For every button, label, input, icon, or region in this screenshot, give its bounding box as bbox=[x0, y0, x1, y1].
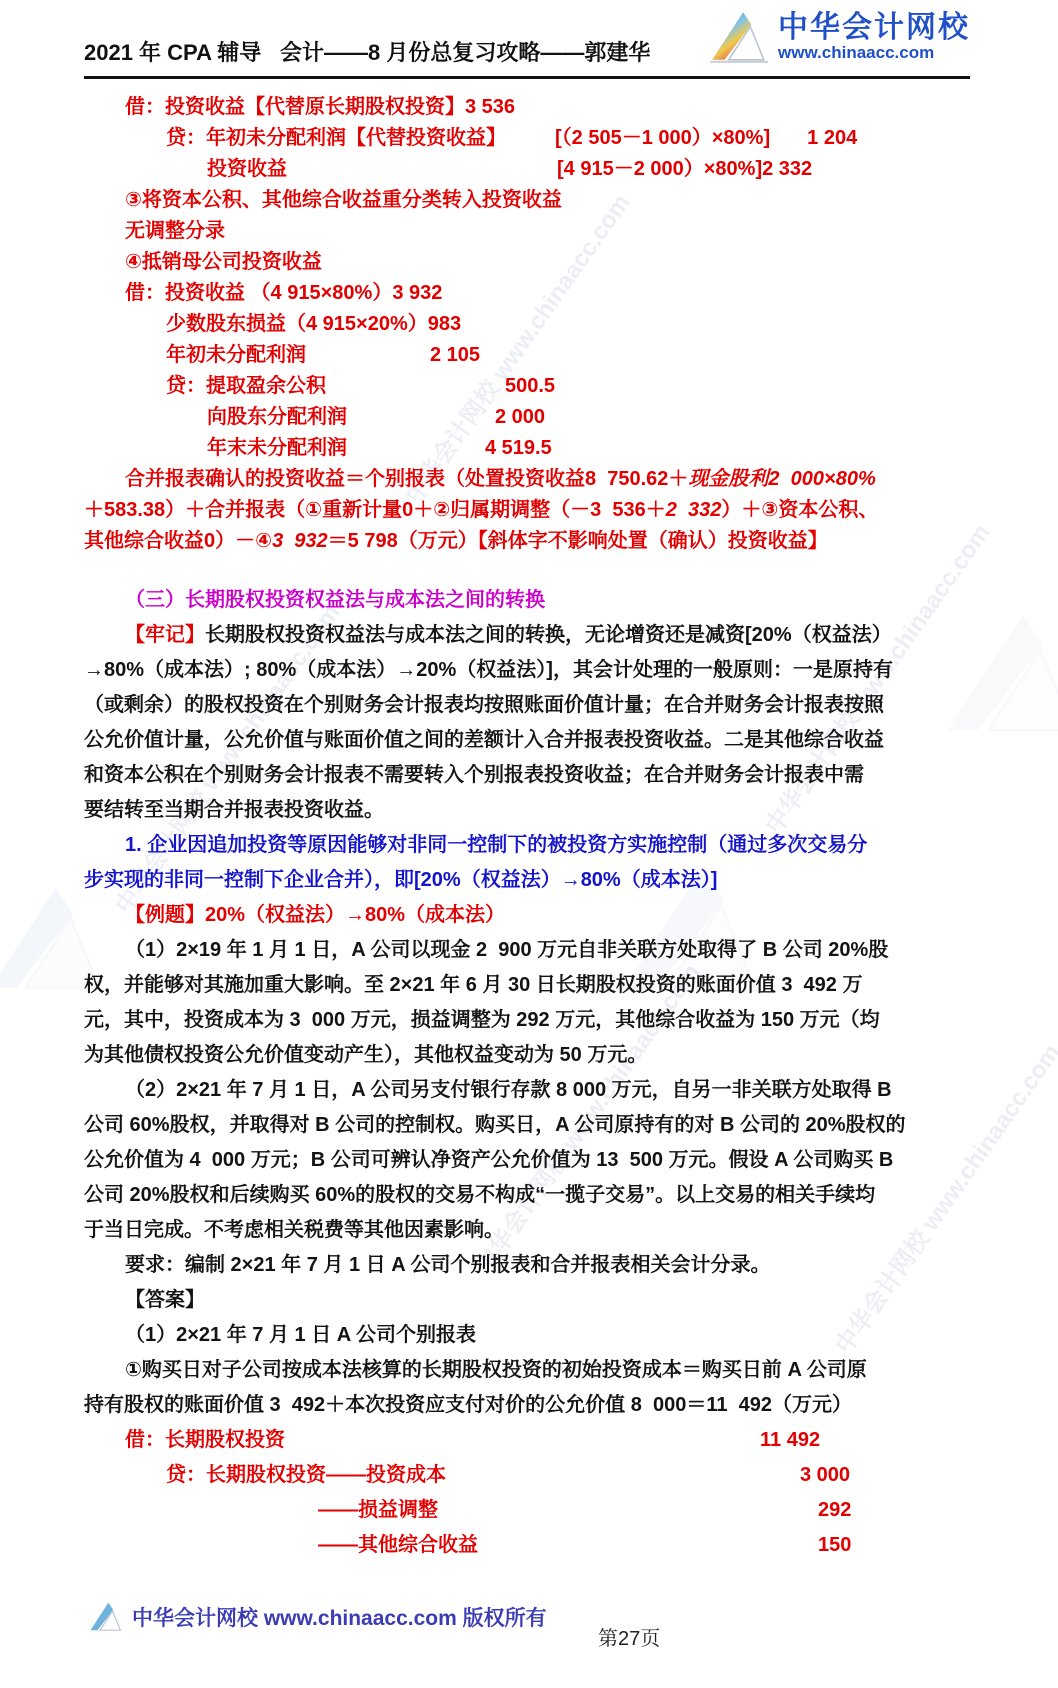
document-line: 元，其中，投资成本为 3 000 万元，损益调整为 292 万元，其他综合收益为… bbox=[84, 1003, 974, 1038]
header-title: 会计——8 月份总复习攻略——郭建华 bbox=[280, 36, 650, 67]
text-segment: 公司 60%股权，并取得对 B 公司的控制权。购买日，A 公司原持有的对 B 公… bbox=[84, 1108, 906, 1143]
text-segment: 为其他债权投资公允价值变动产生），其他权益变动为 50 万元。 bbox=[84, 1038, 647, 1073]
text-segment: 1 204 bbox=[807, 123, 857, 154]
document-line: 权，并能够对其施加重大影响。至 2×21 年 6 月 30 日长期股权投资的账面… bbox=[84, 968, 974, 1003]
document-line: →80%（成本法）; 80%（成本法）→20%（权益法）]，其会计处理的一般原则… bbox=[84, 653, 974, 688]
document-line: 公允价值为 4 000 万元；B 公司可辨认净资产公允价值为 13 500 万元… bbox=[84, 1143, 974, 1178]
document-line: 公司 20%股权和后续购买 60%的股权的交易不构成“一揽子交易”。以上交易的相… bbox=[84, 1178, 974, 1213]
document-line: 【答案】 bbox=[84, 1283, 974, 1318]
document-line: 【牢记】长期股权投资权益法与成本法之间的转换，无论增资还是减资[20%（权益法） bbox=[84, 618, 974, 653]
header-course-label: 2021 年 CPA 辅导 bbox=[84, 36, 261, 67]
chinaacc-logo-icon bbox=[708, 8, 770, 66]
text-segment: 于当日完成。不考虑相关税费等其他因素影响。 bbox=[84, 1213, 504, 1248]
text-segment: 借：长期股权投资 bbox=[125, 1423, 285, 1458]
text-segment: 【牢记】 bbox=[125, 618, 205, 653]
text-segment: 2 000 bbox=[495, 402, 545, 433]
document-line: 借：长期股权投资11 492 bbox=[84, 1423, 974, 1458]
text-segment: 投资收益 bbox=[207, 154, 287, 185]
text-segment: 合并报表确认的投资收益＝个别报表（处置投资收益8 750.62＋ bbox=[125, 464, 688, 495]
text-segment: ＋583.38）＋合并报表（①重新计量0＋②归属期调整（－3 536＋ bbox=[84, 495, 666, 526]
text-segment: 元，其中，投资成本为 3 000 万元，损益调整为 292 万元，其他综合收益为… bbox=[84, 1003, 880, 1038]
document-line: 贷：提取盈余公积500.5 bbox=[84, 371, 974, 402]
text-segment: 2 105 bbox=[430, 340, 480, 371]
text-segment: 持有股权的账面价值 3 492＋本次投资应支付对价的公允价值 8 000＝11 … bbox=[84, 1388, 852, 1423]
text-segment: 公司 20%股权和后续购买 60%的股权的交易不构成“一揽子交易”。以上交易的相… bbox=[84, 1178, 875, 1213]
text-segment: 11 492 bbox=[760, 1423, 820, 1458]
document-line: 少数股东损益（4 915×20%）983 bbox=[84, 309, 974, 340]
document-line: 无调整分录 bbox=[84, 216, 974, 247]
document-line: 持有股权的账面价值 3 492＋本次投资应支付对价的公允价值 8 000＝11 … bbox=[84, 1388, 974, 1423]
document-line: 要结转至当期合并报表投资收益。 bbox=[84, 793, 974, 828]
text-segment: 步实现的非同一控制下企业合并），即[20%（权益法）→80%（成本法）] bbox=[84, 863, 717, 898]
text-segment: 其他综合收益0）－④ bbox=[84, 526, 272, 557]
text-segment: [（2 505－1 000）×80%] bbox=[555, 123, 770, 154]
document-line: 步实现的非同一控制下企业合并），即[20%（权益法）→80%（成本法）] bbox=[84, 863, 974, 898]
document-line: （三）长期股权投资权益法与成本法之间的转换 bbox=[84, 583, 974, 618]
document-line: ——其他综合收益150 bbox=[84, 1528, 974, 1563]
document-line: ——损益调整292 bbox=[84, 1493, 974, 1528]
text-segment: 现金股利2 000×80% bbox=[688, 464, 875, 495]
document-line: 年初未分配利润2 105 bbox=[84, 340, 974, 371]
text-segment: 贷：提取盈余公积 bbox=[166, 371, 326, 402]
text-segment: 【答案】 bbox=[125, 1283, 205, 1318]
text-segment: 500.5 bbox=[505, 371, 555, 402]
document-line: （2）2×21 年 7 月 1 日，A 公司另支付银行存款 8 000 万元，自… bbox=[84, 1073, 974, 1108]
document-body: 借：投资收益【代替原长期股权投资】3 536贷：年初未分配利润【代替投资收益】[… bbox=[84, 92, 974, 1563]
text-segment: 长期股权投资权益法与成本法之间的转换，无论增资还是减资[20%（权益法） bbox=[205, 618, 892, 653]
text-segment: [4 915－2 000）×80%]2 332 bbox=[557, 154, 812, 185]
text-segment: （三）长期股权投资权益法与成本法之间的转换 bbox=[125, 583, 545, 618]
text-segment: 公允价值计量，公允价值与账面价值之间的差额计入合并报表投资收益。二是其他综合收益 bbox=[84, 723, 884, 758]
text-segment: 4 519.5 bbox=[485, 433, 552, 464]
document-line: 投资收益[4 915－2 000）×80%]2 332 bbox=[84, 154, 974, 185]
document-line: 公允价值计量，公允价值与账面价值之间的差额计入合并报表投资收益。二是其他综合收益 bbox=[84, 723, 974, 758]
text-segment: 借：投资收益【代替原长期股权投资】3 536 bbox=[125, 92, 515, 123]
text-segment: 292 bbox=[818, 1493, 851, 1528]
text-segment: （1）2×19 年 1 月 1 日，A 公司以现金 2 900 万元自非关联方处… bbox=[125, 933, 888, 968]
header-divider bbox=[84, 76, 970, 79]
text-segment: 无调整分录 bbox=[125, 216, 225, 247]
text-segment: 年末未分配利润 bbox=[207, 433, 347, 464]
text-segment: 要结转至当期合并报表投资收益。 bbox=[84, 793, 384, 828]
document-line: 借：投资收益【代替原长期股权投资】3 536 bbox=[84, 92, 974, 123]
footer-copyright: 中华会计网校 www.chinaacc.com 版权所有 bbox=[88, 1600, 547, 1634]
chinaacc-logo-icon bbox=[88, 1600, 124, 1634]
text-segment: ）＋③资本公积、 bbox=[721, 495, 878, 526]
text-segment: （2）2×21 年 7 月 1 日，A 公司另支付银行存款 8 000 万元，自… bbox=[125, 1073, 892, 1108]
document-line: 借：投资收益 （4 915×80%）3 932 bbox=[84, 278, 974, 309]
document-line: 要求：编制 2×21 年 7 月 1 日 A 公司个别报表和合并报表相关会计分录… bbox=[84, 1248, 974, 1283]
text-segment: ——其他综合收益 bbox=[318, 1528, 478, 1563]
logo-name: 中华会计网校 bbox=[778, 11, 970, 44]
document-line: 为其他债权投资公允价值变动产生），其他权益变动为 50 万元。 bbox=[84, 1038, 974, 1073]
text-segment: 权，并能够对其施加重大影响。至 2×21 年 6 月 30 日长期股权投资的账面… bbox=[84, 968, 862, 1003]
document-line: ④抵销母公司投资收益 bbox=[84, 247, 974, 278]
text-segment: 要求：编制 2×21 年 7 月 1 日 A 公司个别报表和合并报表相关会计分录… bbox=[125, 1248, 770, 1283]
text-segment: 2 332 bbox=[666, 495, 722, 526]
document-line: 于当日完成。不考虑相关税费等其他因素影响。 bbox=[84, 1213, 974, 1248]
document-line: （1）2×21 年 7 月 1 日 A 公司个别报表 bbox=[84, 1318, 974, 1353]
text-segment: 向股东分配利润 bbox=[207, 402, 347, 433]
header-logo: 中华会计网校 www.chinaacc.com bbox=[708, 8, 970, 66]
document-line: 年末未分配利润4 519.5 bbox=[84, 433, 974, 464]
document-line: 【例题】20%（权益法）→80%（成本法） bbox=[84, 898, 974, 933]
text-segment: （1）2×21 年 7 月 1 日 A 公司个别报表 bbox=[125, 1318, 476, 1353]
document-line: ①购买日对子公司按成本法核算的长期股权投资的初始投资成本＝购买日前 A 公司原 bbox=[84, 1353, 974, 1388]
footer-copyright-text: 中华会计网校 www.chinaacc.com 版权所有 bbox=[132, 1602, 547, 1632]
text-segment: （或剩余）的股权投资在个别财务会计报表均按照账面价值计量；在合并财务会计报表按照 bbox=[84, 688, 884, 723]
text-segment: 贷：长期股权投资——投资成本 bbox=[166, 1458, 446, 1493]
text-segment: 年初未分配利润 bbox=[166, 340, 306, 371]
document-line: 贷：年初未分配利润【代替投资收益】[（2 505－1 000）×80%]1 20… bbox=[84, 123, 974, 154]
document-line: 1. 企业因追加投资等原因能够对非同一控制下的被投资方实施控制（通过多次交易分 bbox=[84, 828, 974, 863]
document-line: ③将资本公积、其他综合收益重分类转入投资收益 bbox=[84, 185, 974, 216]
text-segment: 贷：年初未分配利润【代替投资收益】 bbox=[166, 123, 506, 154]
text-segment: 3 932 bbox=[272, 526, 328, 557]
document-line: 公司 60%股权，并取得对 B 公司的控制权。购买日，A 公司原持有的对 B 公… bbox=[84, 1108, 974, 1143]
text-segment: 公允价值为 4 000 万元；B 公司可辨认净资产公允价值为 13 500 万元… bbox=[84, 1143, 893, 1178]
document-line: （1）2×19 年 1 月 1 日，A 公司以现金 2 900 万元自非关联方处… bbox=[84, 933, 974, 968]
text-segment: 借：投资收益 （4 915×80%）3 932 bbox=[125, 278, 442, 309]
text-segment: ①购买日对子公司按成本法核算的长期股权投资的初始投资成本＝购买日前 A 公司原 bbox=[125, 1353, 867, 1388]
text-segment: ③将资本公积、其他综合收益重分类转入投资收益 bbox=[125, 185, 562, 216]
text-segment: ＝5 798（万元）【斜体字不影响处置（确认）投资收益】 bbox=[328, 526, 828, 557]
text-segment: →80%（成本法）; 80%（成本法）→20%（权益法）]，其会计处理的一般原则… bbox=[84, 653, 893, 688]
logo-url: www.chinaacc.com bbox=[778, 44, 934, 63]
text-segment: 150 bbox=[818, 1528, 851, 1563]
document-line: （或剩余）的股权投资在个别财务会计报表均按照账面价值计量；在合并财务会计报表按照 bbox=[84, 688, 974, 723]
page-number: 第27页 bbox=[598, 1622, 660, 1651]
document-line: ＋583.38）＋合并报表（①重新计量0＋②归属期调整（－3 536＋2 332… bbox=[84, 495, 974, 526]
text-segment: 少数股东损益（4 915×20%）983 bbox=[166, 309, 461, 340]
text-segment: ④抵销母公司投资收益 bbox=[125, 247, 322, 278]
document-line: 向股东分配利润2 000 bbox=[84, 402, 974, 433]
document-line: 合并报表确认的投资收益＝个别报表（处置投资收益8 750.62＋现金股利2 00… bbox=[84, 464, 974, 495]
text-segment: 和资本公积在个别财务会计报表不需要转入个别报表投资收益；在合并财务会计报表中需 bbox=[84, 758, 864, 793]
text-segment: 【例题】20%（权益法）→80%（成本法） bbox=[125, 898, 505, 933]
document-line: 和资本公积在个别财务会计报表不需要转入个别报表投资收益；在合并财务会计报表中需 bbox=[84, 758, 974, 793]
text-segment: 3 000 bbox=[800, 1458, 850, 1493]
text-segment: 1. 企业因追加投资等原因能够对非同一控制下的被投资方实施控制（通过多次交易分 bbox=[125, 828, 867, 863]
text-segment: ——损益调整 bbox=[318, 1493, 438, 1528]
document-line: 贷：长期股权投资——投资成本3 000 bbox=[84, 1458, 974, 1493]
document-page: 中华会计网校 www.chinaacc.com 中华会计网校 www.china… bbox=[0, 0, 1058, 1688]
document-line: 其他综合收益0）－④3 932＝5 798（万元）【斜体字不影响处置（确认）投资… bbox=[84, 526, 974, 557]
